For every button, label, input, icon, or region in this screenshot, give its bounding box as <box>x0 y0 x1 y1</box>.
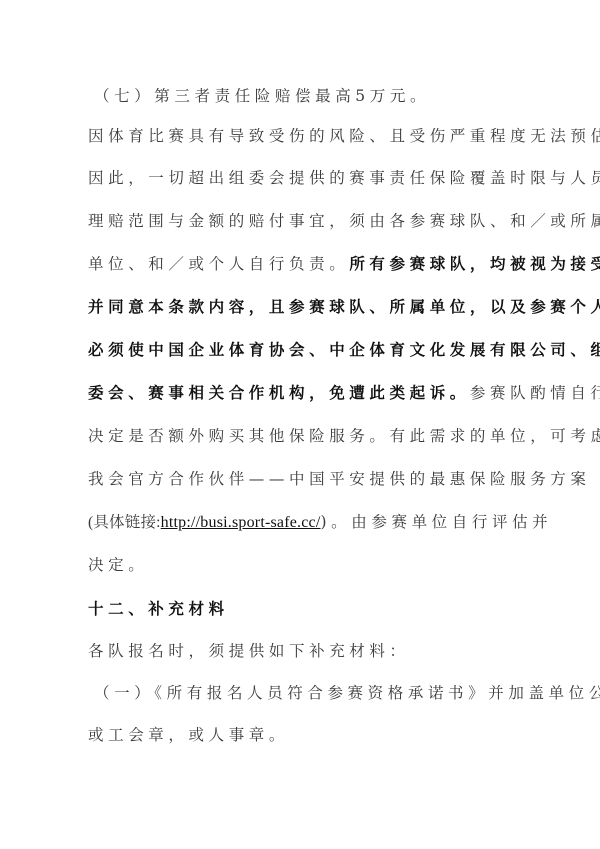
paragraph-line: 因体育比赛具有导致受伤的风险、且受伤严重程度无法预估， <box>88 124 528 148</box>
paragraph-line: 单位、和／或个人自行负责。所有参赛球队，均被视为接受 <box>88 252 528 276</box>
bold-disclaimer-text: 必须使中国企业体育协会、中企体育文化发展有限公司、组 <box>88 340 600 359</box>
paragraph-line: 因此，一切超出组委会提供的赛事责任保险覆盖时限与人员、 <box>88 166 528 190</box>
list-item-line: 或工会章，或人事章。 <box>88 723 528 747</box>
paragraph-text: 决定是否额外购买其他保险服务。有此需求的单位，可考虑 <box>88 427 600 445</box>
paragraph-text: 我会官方合作伙伴——中国平安提供的最惠保险服务方案 <box>88 470 591 488</box>
paragraph-line: 各队报名时，须提供如下补充材料： <box>88 639 528 663</box>
paragraph-line: 决定。 <box>88 553 528 577</box>
paragraph-text: 参赛队酌情自行 <box>470 384 600 402</box>
list-item-text: （一）《所有报名人员符合参赛资格承诺书》并加盖单位公章， <box>94 684 600 702</box>
paragraph-line: 我会官方合作伙伴——中国平安提供的最惠保险服务方案 <box>88 467 528 491</box>
list-item-line: （一）《所有报名人员符合参赛资格承诺书》并加盖单位公章， <box>94 681 534 705</box>
bold-disclaimer-text: 所有参赛球队，均被视为接受 <box>349 254 600 273</box>
section-heading: 十二、补充材料 <box>88 597 528 621</box>
paragraph-text: 因此，一切超出组委会提供的赛事责任保险覆盖时限与人员、 <box>88 169 600 187</box>
paragraph-text: 各队报名时，须提供如下补充材料： <box>88 642 410 660</box>
paragraph-line: 理赔范围与金额的赔付事宜，须由各参赛球队、和／或所属 <box>88 209 528 233</box>
paragraph-line: 必须使中国企业体育协会、中企体育文化发展有限公司、组 <box>88 338 528 362</box>
paragraph-text: 因体育比赛具有导致受伤的风险、且受伤严重程度无法预估， <box>88 127 600 145</box>
paragraph-text: 单位、和／或个人自行负责。 <box>88 255 349 273</box>
insurance-link[interactable]: http://busi.sport-safe.cc/ <box>161 514 321 531</box>
paragraph-line: 决定是否额外购买其他保险服务。有此需求的单位，可考虑 <box>88 424 528 448</box>
paragraph-line: 并同意本条款内容，且参赛球队、所属单位，以及参赛个人， <box>88 295 528 319</box>
paragraph-text: 理赔范围与金额的赔付事宜，须由各参赛球队、和／或所属 <box>88 212 600 230</box>
paragraph-text: )。由参赛单位自行评估并 <box>321 513 553 531</box>
document-page: （七）第三者责任险赔偿最高5万元。 因体育比赛具有导致受伤的风险、且受伤严重程度… <box>0 0 600 849</box>
bold-disclaimer-text: 并同意本条款内容，且参赛球队、所属单位，以及参赛个人， <box>88 297 600 316</box>
clause-seven-line: （七）第三者责任险赔偿最高5万元。 <box>94 84 534 108</box>
paragraph-text: 决定。 <box>88 556 148 574</box>
section-heading-text: 十二、补充材料 <box>88 599 229 618</box>
paragraph-text: (具体链接: <box>88 514 161 531</box>
list-item-text: 或工会章，或人事章。 <box>88 726 289 744</box>
clause-seven-text: （七）第三者责任险赔偿最高5万元。 <box>94 87 430 105</box>
paragraph-line: 委会、赛事相关合作机构，免遭此类起诉。参赛队酌情自行 <box>88 381 528 405</box>
bold-disclaimer-text: 委会、赛事相关合作机构，免遭此类起诉。 <box>88 383 470 402</box>
paragraph-line: (具体链接:http://busi.sport-safe.cc/)。由参赛单位自… <box>88 510 528 534</box>
